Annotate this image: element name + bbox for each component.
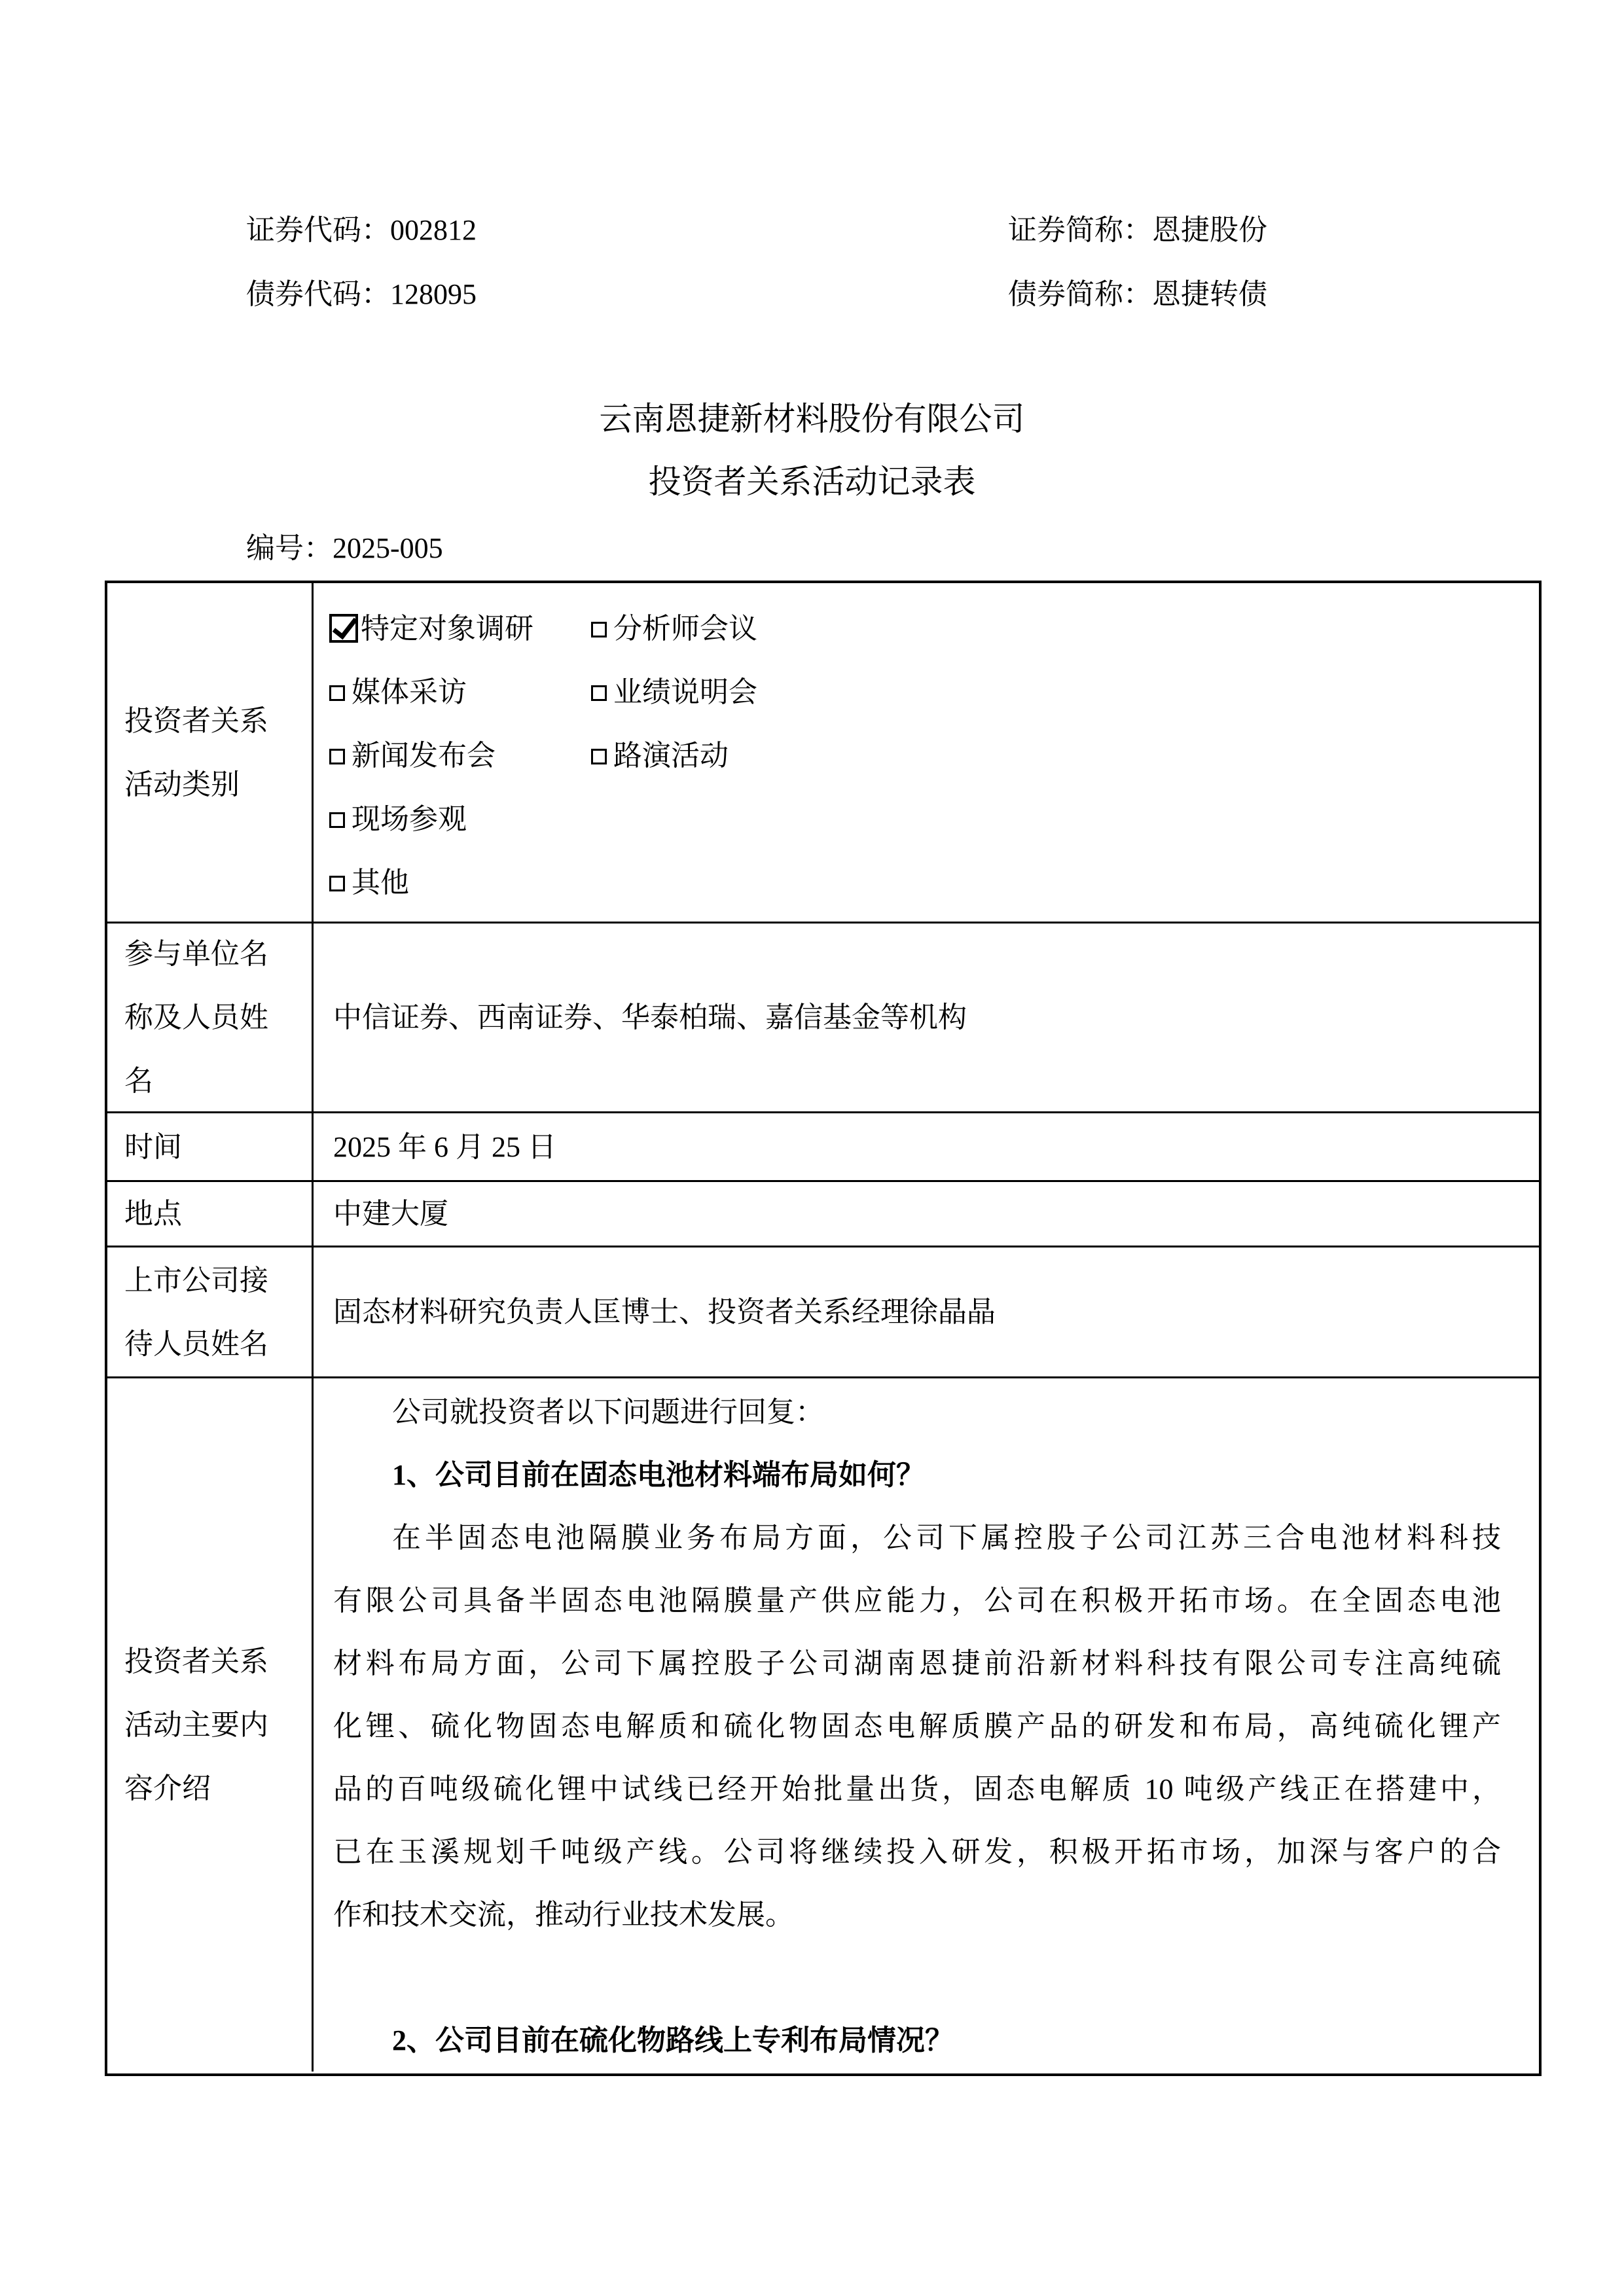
question-2: 2、公司目前在硫化物路线上专利布局情况？ (333, 2009, 1501, 2072)
activity-option-other: 其他 (329, 859, 591, 901)
bond-code: 债券代码：128095 (246, 275, 477, 314)
question-1: 1、公司目前在固态电池材料端布局如何？ (333, 1444, 1501, 1507)
label-line: 地点 (124, 1182, 312, 1246)
label-line: 投资者关系 (124, 1630, 312, 1693)
label-line: 活动主要内 (124, 1693, 312, 1757)
location-text: 中建大厦 (333, 1182, 1501, 1246)
activity-option-press-conference: 新闻发布会 (329, 732, 591, 774)
checkbox-icon (329, 876, 345, 891)
answer-1-line: 材料布局方面，公司下属控股子公司湖南恩捷前沿新材料科技有限公司专注高纯硫 (333, 1632, 1501, 1695)
table-row-reception: 上市公司接 待人员姓名 固态材料研究负责人匡博士、投资者关系经理徐晶晶 (107, 1247, 1539, 1378)
time-value: 2025 年 6 月 25 日 (314, 1113, 1539, 1180)
activity-type-cell: 特定对象调研 分析师会议 媒体采访 业绩说明会 新闻发布会 路演活动 现场参观 … (314, 583, 1539, 922)
table-row-location: 地点 中建大厦 (107, 1182, 1539, 1247)
activity-option-special-research: 特定对象调研 (329, 605, 591, 647)
document-page: 证券代码：002812 证券简称：恩捷股份 债券代码：128095 债券简称：恩… (0, 0, 1624, 2296)
reception-value: 固态材料研究负责人匡博士、投资者关系经理徐晶晶 (314, 1247, 1539, 1376)
activity-option-roadshow: 路演活动 (591, 732, 1539, 774)
answer-1-line: 作和技术交流，推动行业技术发展。 (333, 1884, 1501, 1946)
main-content-cell: 公司就投资者以下问题进行回复： 1、公司目前在固态电池材料端布局如何？ 在半固态… (314, 1378, 1539, 2072)
option-label: 业绩说明会 (613, 676, 757, 708)
activity-option-earnings-briefing: 业绩说明会 (591, 668, 1539, 710)
answer-1-line: 有限公司具备半固态电池隔膜量产供应能力，公司在积极开拓市场。在全固态电池 (333, 1570, 1501, 1632)
answer-1-line: 化锂、硫化物固态电解质和硫化物固态电解质膜产品的研发和布局，高纯硫化锂产 (333, 1695, 1501, 1758)
option-label: 路演活动 (613, 740, 729, 772)
label-line: 称及人员姓 (124, 986, 312, 1049)
checkbox-checked-icon (329, 614, 358, 643)
table-row-participants: 参与单位名 称及人员姓 名 中信证券、西南证券、华泰柏瑞、嘉信基金等机构 (107, 924, 1539, 1113)
document-title: 投资者关系活动记录表 (0, 461, 1624, 503)
row-label-time: 时间 (107, 1113, 314, 1180)
label-line: 活动类别 (124, 753, 312, 816)
checkbox-icon (591, 622, 607, 637)
answer-1-line: 在半固态电池隔膜业务布局方面，公司下属控股子公司江苏三合电池材料科技 (333, 1507, 1501, 1570)
answer-1-line: 品的百吨级硫化锂中试线已经开始批量出货，固态电解质 10 吨级产线正在搭建中， (333, 1758, 1501, 1821)
activity-type-options: 特定对象调研 分析师会议 媒体采访 业绩说明会 新闻发布会 路演活动 现场参观 … (329, 594, 1539, 911)
checkbox-icon (329, 812, 345, 828)
checkbox-icon (591, 685, 607, 701)
label-line: 容介绍 (124, 1757, 312, 1820)
label-line: 时间 (124, 1115, 312, 1179)
label-line: 投资者关系 (124, 689, 312, 753)
label-line: 待人员姓名 (124, 1312, 312, 1376)
option-label: 媒体采访 (352, 676, 467, 708)
row-label-location: 地点 (107, 1182, 314, 1246)
table-row-activity-type: 投资者关系 活动类别 特定对象调研 分析师会议 媒体采访 业绩说明会 新闻发布会… (107, 583, 1539, 924)
activity-option-media-interview: 媒体采访 (329, 668, 591, 710)
row-label-reception: 上市公司接 待人员姓名 (107, 1247, 314, 1376)
participants-value: 中信证券、西南证券、华泰柏瑞、嘉信基金等机构 (314, 924, 1539, 1111)
option-label: 新闻发布会 (352, 740, 496, 772)
reception-text: 固态材料研究负责人匡博士、投资者关系经理徐晶晶 (333, 1280, 1501, 1344)
label-line: 参与单位名 (124, 922, 312, 986)
table-row-time: 时间 2025 年 6 月 25 日 (107, 1113, 1539, 1182)
stock-code: 证券代码：002812 (246, 211, 477, 250)
option-label: 分析师会议 (613, 613, 757, 645)
row-label-activity-type: 投资者关系 活动类别 (107, 583, 314, 922)
answer-1-line: 已在玉溪规划千吨级产线。公司将继续投入研发，积极开拓市场，加深与客户的合 (333, 1821, 1501, 1884)
activity-option-analyst-meeting: 分析师会议 (591, 605, 1539, 647)
participants-text: 中信证券、西南证券、华泰柏瑞、嘉信基金等机构 (333, 986, 1501, 1049)
time-text: 2025 年 6 月 25 日 (333, 1115, 1501, 1179)
location-value: 中建大厦 (314, 1182, 1539, 1246)
stock-abbr: 证券简称：恩捷股份 (1008, 211, 1267, 250)
checkbox-icon (591, 749, 607, 764)
document-number: 编号：2025-005 (246, 530, 443, 567)
table-row-main-content: 投资者关系 活动主要内 容介绍 公司就投资者以下问题进行回复： 1、公司目前在固… (107, 1378, 1539, 2072)
option-label: 其他 (352, 867, 409, 899)
bond-abbr: 债券简称：恩捷转债 (1008, 275, 1267, 314)
row-label-participants: 参与单位名 称及人员姓 名 (107, 924, 314, 1111)
company-title: 云南恩捷新材料股份有限公司 (0, 398, 1624, 440)
row-label-main-content: 投资者关系 活动主要内 容介绍 (107, 1378, 314, 2072)
content-intro: 公司就投资者以下问题进行回复： (333, 1381, 1501, 1444)
record-table: 投资者关系 活动类别 特定对象调研 分析师会议 媒体采访 业绩说明会 新闻发布会… (105, 581, 1542, 2076)
label-line: 名 (124, 1049, 312, 1113)
checkbox-icon (329, 685, 345, 701)
option-label: 特定对象调研 (361, 613, 533, 645)
blank-line (333, 1946, 1501, 2009)
option-label: 现场参观 (352, 803, 467, 835)
activity-option-site-visit: 现场参观 (329, 795, 591, 837)
label-line: 上市公司接 (124, 1249, 312, 1312)
checkbox-icon (329, 749, 345, 764)
